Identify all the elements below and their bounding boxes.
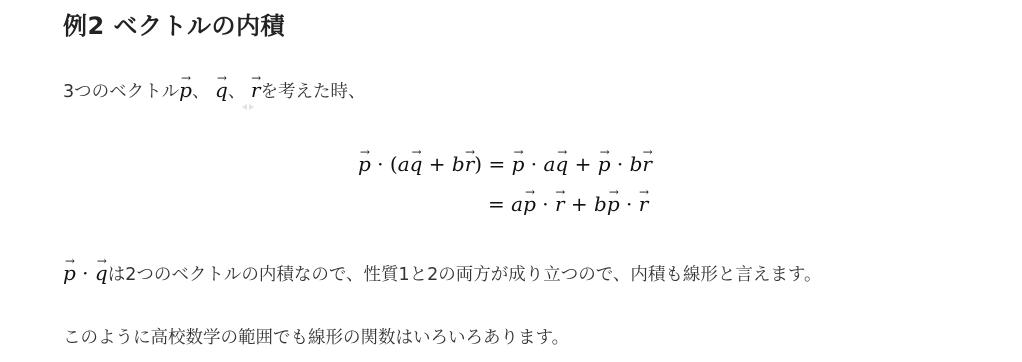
equation-block: p · (aq + br) = p · aq + p · br = ap · r… bbox=[358, 140, 652, 220]
vector-p: p bbox=[179, 70, 192, 106]
conclusion-paragraph: p · qは2つのベクトルの内積なので、性質1と2の両方が成り立つので、内積も線… bbox=[63, 250, 963, 294]
section-heading: 例2 ベクトルの内積 bbox=[63, 6, 285, 41]
equation-line-2: = ap · r + bp · r bbox=[358, 180, 652, 220]
conclusion-text: は2つのベクトルの内積なので、性質1と2の両方が成り立つので、内積も線形と言えま… bbox=[108, 265, 822, 285]
inline-dot-product: p · q bbox=[63, 261, 108, 285]
vector-r: r bbox=[251, 70, 261, 106]
intro-paragraph: 3つのベクトルp、 q、 rを考えた時、 bbox=[63, 70, 365, 108]
closing-paragraph: このように高校数学の範囲でも線形の関数はいろいろあります。 bbox=[63, 322, 569, 354]
intro-prefix: 3つのベクトル bbox=[63, 82, 179, 102]
intro-suffix: を考えた時、 bbox=[260, 82, 365, 102]
math-scroll-indicator-icon[interactable] bbox=[242, 103, 256, 110]
vector-q: q bbox=[215, 70, 228, 106]
